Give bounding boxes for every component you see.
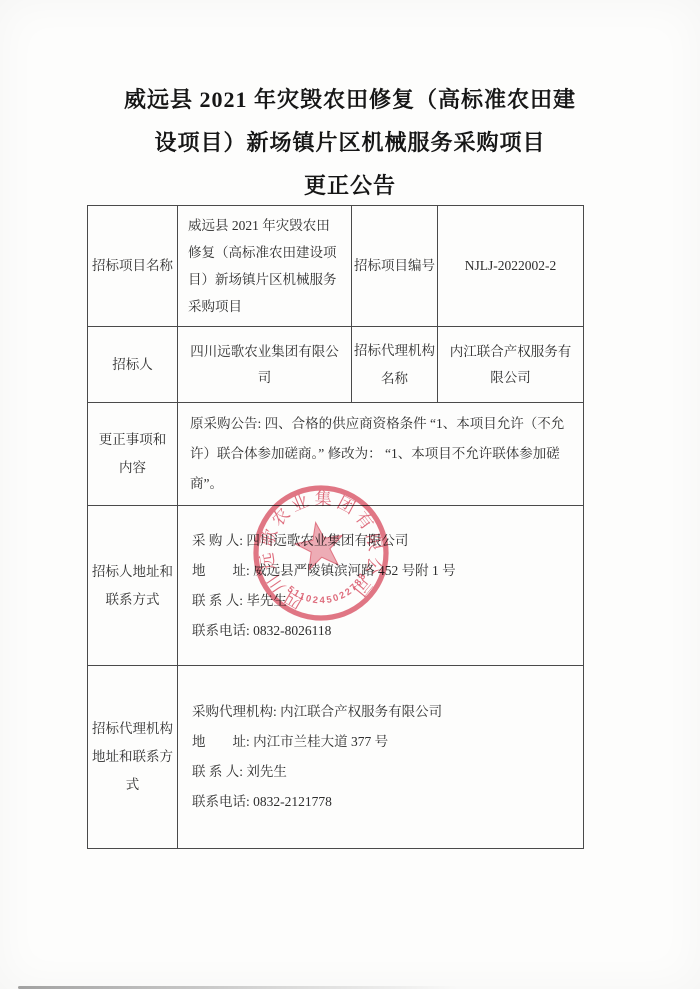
tenderer-contact-label: 招标人地址和 联系方式 — [88, 506, 178, 666]
tenderer-label: 招标人 — [88, 327, 178, 403]
table-row: 更正事项和 内容 原采购公告: 四、合格的供应商资格条件 “1、本项目允许（不允… — [88, 403, 584, 506]
table-row: 招标人 四川远歌农业集团有限公司 招标代理机构 名称 内江联合产权服务有限公司 — [88, 327, 584, 403]
document-title: 威远县 2021 年灾毁农田修复（高标准农田建 设项目）新场镇片区机械服务采购项… — [0, 78, 700, 207]
agency-contact-label: 招标代理机构 地址和联系方 式 — [88, 666, 178, 849]
phone-line: 联系电话: 0832-2121778 — [192, 787, 575, 817]
table-row: 招标人地址和 联系方式 采 购 人: 四川远歌农业集团有限公司 地 址: 威远县… — [88, 506, 584, 666]
project-name-value: 威远县 2021 年灾毁农田修复（高标准农田建设项目）新场镇片区机械服务采购项目 — [178, 206, 352, 327]
correction-label: 更正事项和 内容 — [88, 403, 178, 506]
announcement-table: 招标项目名称 威远县 2021 年灾毁农田修复（高标准农田建设项目）新场镇片区机… — [87, 205, 584, 849]
address-line: 地 址: 内江市兰桂大道 377 号 — [192, 727, 575, 757]
agency-line: 采购代理机构: 内江联合产权服务有限公司 — [192, 697, 575, 727]
phone-line: 联系电话: 0832-8026118 — [192, 616, 575, 646]
tenderer-value: 四川远歌农业集团有限公司 — [178, 327, 352, 403]
project-number-value: NJLJ-2022002-2 — [438, 206, 584, 327]
address-line: 地 址: 威远县严陵镇滨河路 452 号附 1 号 — [192, 556, 575, 586]
scanned-document-page: 威远县 2021 年灾毁农田修复（高标准农田建 设项目）新场镇片区机械服务采购项… — [0, 0, 700, 989]
agency-name-label: 招标代理机构 名称 — [352, 327, 438, 403]
correction-content: 原采购公告: 四、合格的供应商资格条件 “1、本项目允许（不允许）联合体参加磋商… — [178, 403, 584, 506]
agency-name-value: 内江联合产权服务有限公司 — [438, 327, 584, 403]
contact-person-line: 联 系 人: 毕先生 — [192, 586, 575, 616]
table-row: 招标项目名称 威远县 2021 年灾毁农田修复（高标准农田建设项目）新场镇片区机… — [88, 206, 584, 327]
contact-person-line: 联 系 人: 刘先生 — [192, 757, 575, 787]
project-number-label: 招标项目编号 — [352, 206, 438, 327]
agency-contact-cell: 采购代理机构: 内江联合产权服务有限公司 地 址: 内江市兰桂大道 377 号 … — [178, 666, 584, 849]
tenderer-contact-cell: 采 购 人: 四川远歌农业集团有限公司 地 址: 威远县严陵镇滨河路 452 号… — [178, 506, 584, 666]
project-name-label: 招标项目名称 — [88, 206, 178, 327]
table-row: 招标代理机构 地址和联系方 式 采购代理机构: 内江联合产权服务有限公司 地 址… — [88, 666, 584, 849]
purchaser-line: 采 购 人: 四川远歌农业集团有限公司 — [192, 526, 575, 556]
